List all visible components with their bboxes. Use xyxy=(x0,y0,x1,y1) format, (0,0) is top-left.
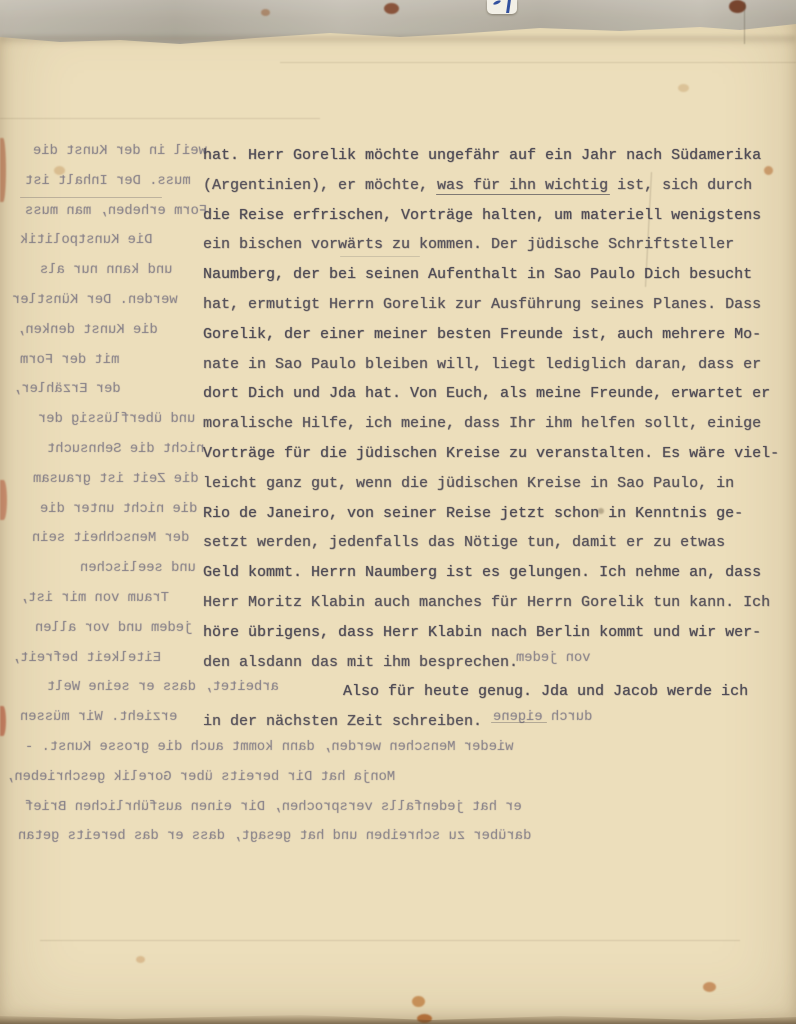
bleedthrough-fragment: werden. Der Künstler xyxy=(12,294,178,308)
typed-line: hat. Herr Gorelik möchte ungefähr auf ei… xyxy=(203,148,761,163)
bleedthrough-fragment: Eitelkeit befreit, xyxy=(12,652,161,666)
typed-line: moralische Hilfe, ich meine, dass Ihr ih… xyxy=(203,416,761,431)
bleedthrough-fragment: jedem und vor allen xyxy=(35,622,192,636)
typed-line: setzt werden, jedenfalls das Nötige tun,… xyxy=(203,535,725,550)
typed-line: ein bischen vorwärts zu kommen. Der jüdi… xyxy=(203,237,734,252)
foxing-spot xyxy=(261,9,270,16)
crease-line xyxy=(0,118,320,119)
bleedthrough-fragment: Traum von mir ist, xyxy=(20,592,169,606)
bleedthrough-fragment: der Erzähler, xyxy=(13,383,121,397)
bleedthrough-fragment: die Kunst denken, xyxy=(17,324,158,338)
typed-line: Also für heute genug. Jda und Jacob werd… xyxy=(343,684,748,699)
bleedthrough-fragment: darüber zu schreiben und hat gesagt, das… xyxy=(18,830,531,844)
typed-line: hat, ermutigt Herrn Gorelik zur Ausführu… xyxy=(203,297,761,312)
bleedthrough-fragment: durch eigene xyxy=(493,711,592,725)
foxing-spot xyxy=(412,996,425,1007)
bleedthrough-fragment: nicht die Sehnsucht xyxy=(47,443,204,457)
bleedthrough-fragment: erzieht. Wir müssen xyxy=(20,711,177,725)
bleedthrough-fragment: die nicht unter die xyxy=(40,503,197,517)
crease-line xyxy=(280,62,796,63)
typed-line: Gorelik, der einer meiner besten Freunde… xyxy=(203,327,761,342)
typed-line: Rio de Janeiro, von seiner Reise jetzt s… xyxy=(203,506,743,521)
typed-line: leicht ganz gut, wenn die jüdischen Krei… xyxy=(203,476,734,491)
bleedthrough-fragment: von jedem xyxy=(516,652,591,666)
foxing-spot xyxy=(703,982,716,992)
bleedthrough-fragment: und überflüssig der xyxy=(38,413,195,427)
typed-line: (Argentinien), er möchte, was für ihn wi… xyxy=(203,178,752,193)
paper-bottom-edge xyxy=(0,1014,796,1024)
scanned-letter-page: weil in der Kunst diemuss. Der Inhalt is… xyxy=(0,0,796,1024)
crease-line xyxy=(40,940,740,941)
bleedthrough-fragment: weil in der Kunst die xyxy=(33,145,207,159)
bleedthrough-fragment: Die Kunstpolitik xyxy=(20,234,152,248)
bleedthrough-fragment: wieder Menschen werden, dann kommt auch … xyxy=(25,741,514,755)
bleedthrough-fragment: Monja hat Dir bereits über Gorelik gesch… xyxy=(6,771,395,785)
bleedthrough-fragment: er hat jedenfalls versprochen, Dir einen… xyxy=(25,801,522,815)
typed-line: den alsdann das mit ihm besprechen. xyxy=(203,655,518,670)
foxing-spot xyxy=(136,956,145,963)
edge-stain xyxy=(0,706,6,736)
bleedthrough-fragment: die Zeit ist grausam xyxy=(33,473,199,487)
bleedthrough-fragment: Form erheben, man muss xyxy=(25,205,207,219)
crease-line xyxy=(744,2,745,44)
bleedthrough-fragment: mit der Form xyxy=(20,354,119,368)
typed-line: nate in Sao Paulo bleiben will, liegt le… xyxy=(203,357,761,372)
foxing-spot xyxy=(384,3,399,14)
bleedthrough-fragment: arbeitet, dass er seine Welt xyxy=(47,681,279,695)
bleedthrough-fragment: und seelischen xyxy=(80,562,196,576)
edge-stain xyxy=(0,480,7,520)
foxing-spot xyxy=(764,166,773,175)
underline-segment xyxy=(340,256,420,257)
underline-segment xyxy=(436,194,610,195)
bleedthrough-fragment: der Menschheit sein xyxy=(32,532,189,546)
bleedthrough-fragment: und kann nur als xyxy=(40,264,172,278)
typed-line: in der nächsten Zeit schreiben. xyxy=(203,714,482,729)
underline-segment xyxy=(20,197,162,198)
typed-line: dort Dich und Jda hat. Von Euch, als mei… xyxy=(203,386,770,401)
typed-line: höre übrigens, dass Herr Klabin nach Ber… xyxy=(203,625,761,640)
edge-stain xyxy=(0,138,6,202)
typed-line: Vorträge für die jüdischen Kreise zu ver… xyxy=(203,446,779,461)
typed-line: Herr Moritz Klabin auch manches für Herr… xyxy=(203,595,770,610)
typed-line: die Reise erfrischen, Vorträge halten, u… xyxy=(203,208,761,223)
typed-line: Geld kommt. Herrn Naumberg ist es gelung… xyxy=(203,565,761,580)
typed-line: Naumberg, der bei seinen Aufenthalt in S… xyxy=(203,267,752,282)
foxing-spot xyxy=(678,84,689,92)
blue-paper-tab xyxy=(487,0,517,14)
bleedthrough-fragment: muss. Der Inhalt ist xyxy=(25,175,191,189)
tape-edge-shadow xyxy=(0,36,796,46)
